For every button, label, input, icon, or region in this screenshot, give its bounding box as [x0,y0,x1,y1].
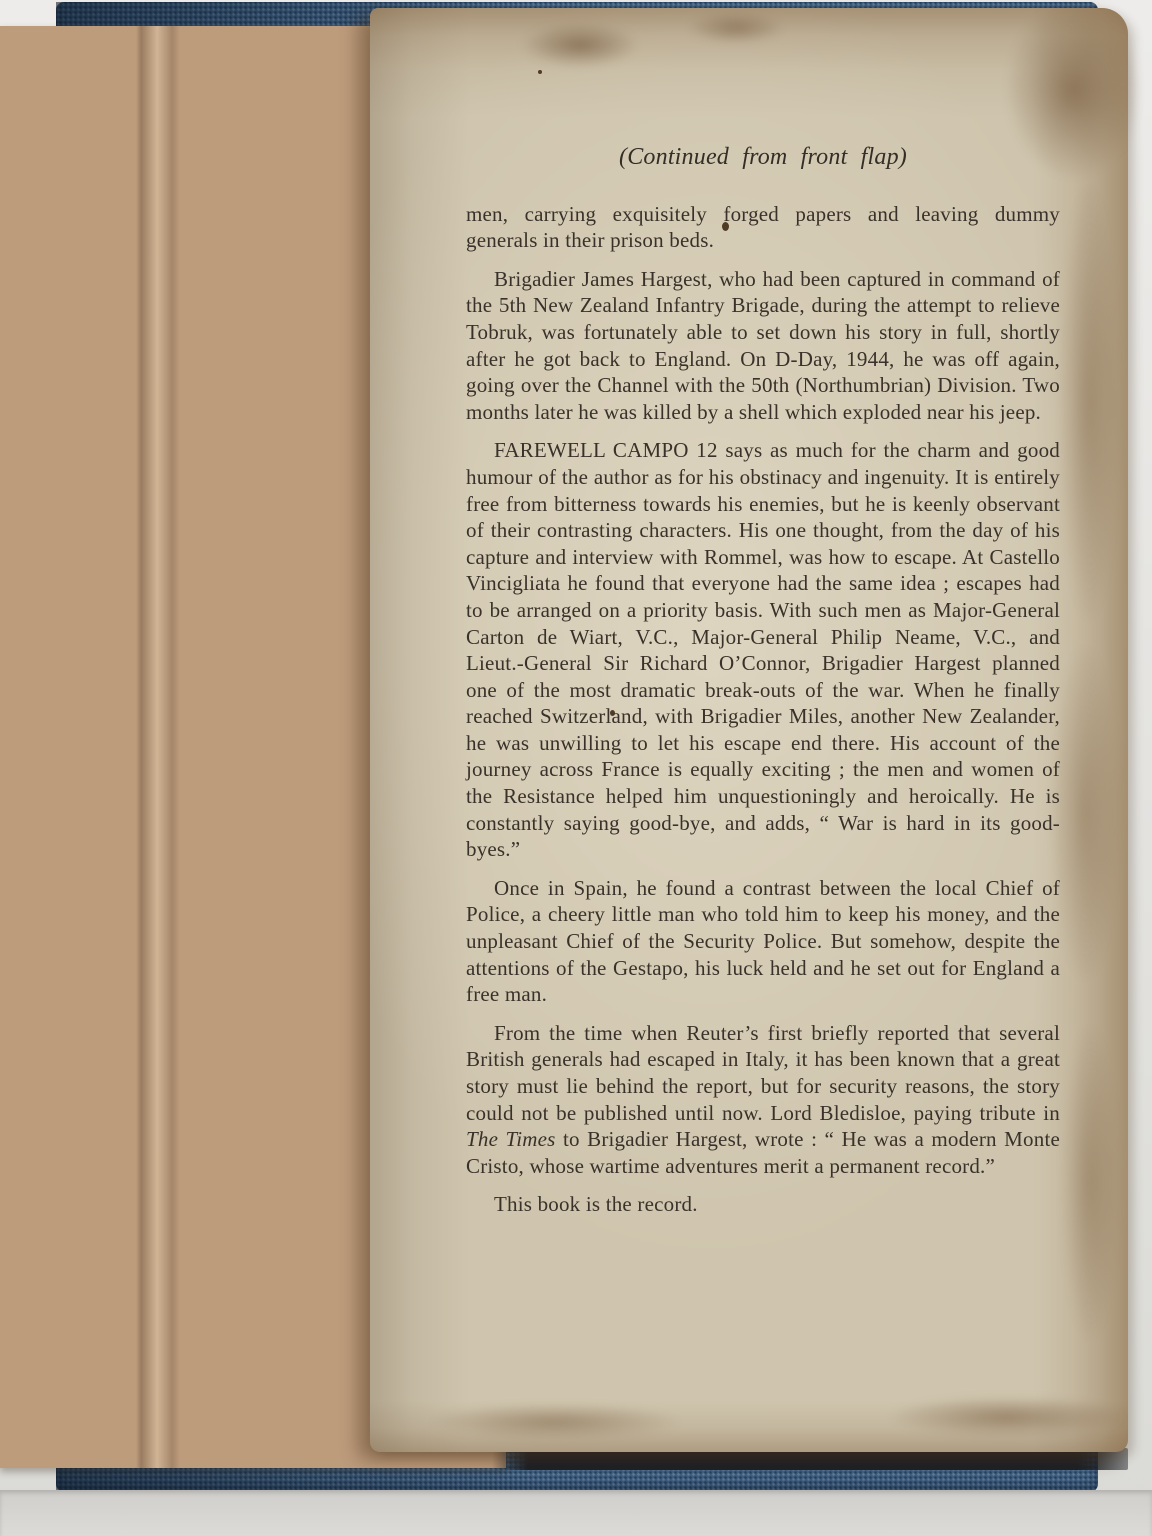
stain-blotch [688,12,784,44]
flap-paragraph: men, carrying exquisitely forged papers … [466,201,1060,254]
flap-paragraph: Brigadier James Hargest, who had been ca… [466,266,1060,426]
flap-text-block: (Continued from front flap) men, carryin… [466,144,1060,1218]
stain-blotch [1062,1028,1118,1338]
paper-speck [538,70,542,74]
table-surface [0,1490,1152,1536]
stain-blotch [1060,188,1118,618]
flap-paragraphs: men, carrying exquisitely forged papers … [466,201,1060,1218]
flap-paragraph: FAREWELL CAMPO 12 says as much for the c… [466,437,1060,863]
flap-paragraph: Once in Spain, he found a contrast betwe… [466,875,1060,1008]
dust-jacket-back-flap: (Continued from front flap) men, carryin… [370,8,1128,1452]
flap-paragraph: This book is the record. [466,1191,1060,1218]
flap-continued-note: (Continued from front flap) [466,144,1060,171]
stain-blotch [1052,648,1118,978]
photo-open-book-back-flap: (Continued from front flap) men, carryin… [0,0,1152,1536]
stain-blotch [890,1396,1125,1438]
stain-blotch [520,22,640,68]
flap-paragraph: From the time when Reuter’s first briefl… [466,1020,1060,1180]
stain-blotch [430,1404,680,1440]
endpaper-hinge-crease [136,26,180,1468]
